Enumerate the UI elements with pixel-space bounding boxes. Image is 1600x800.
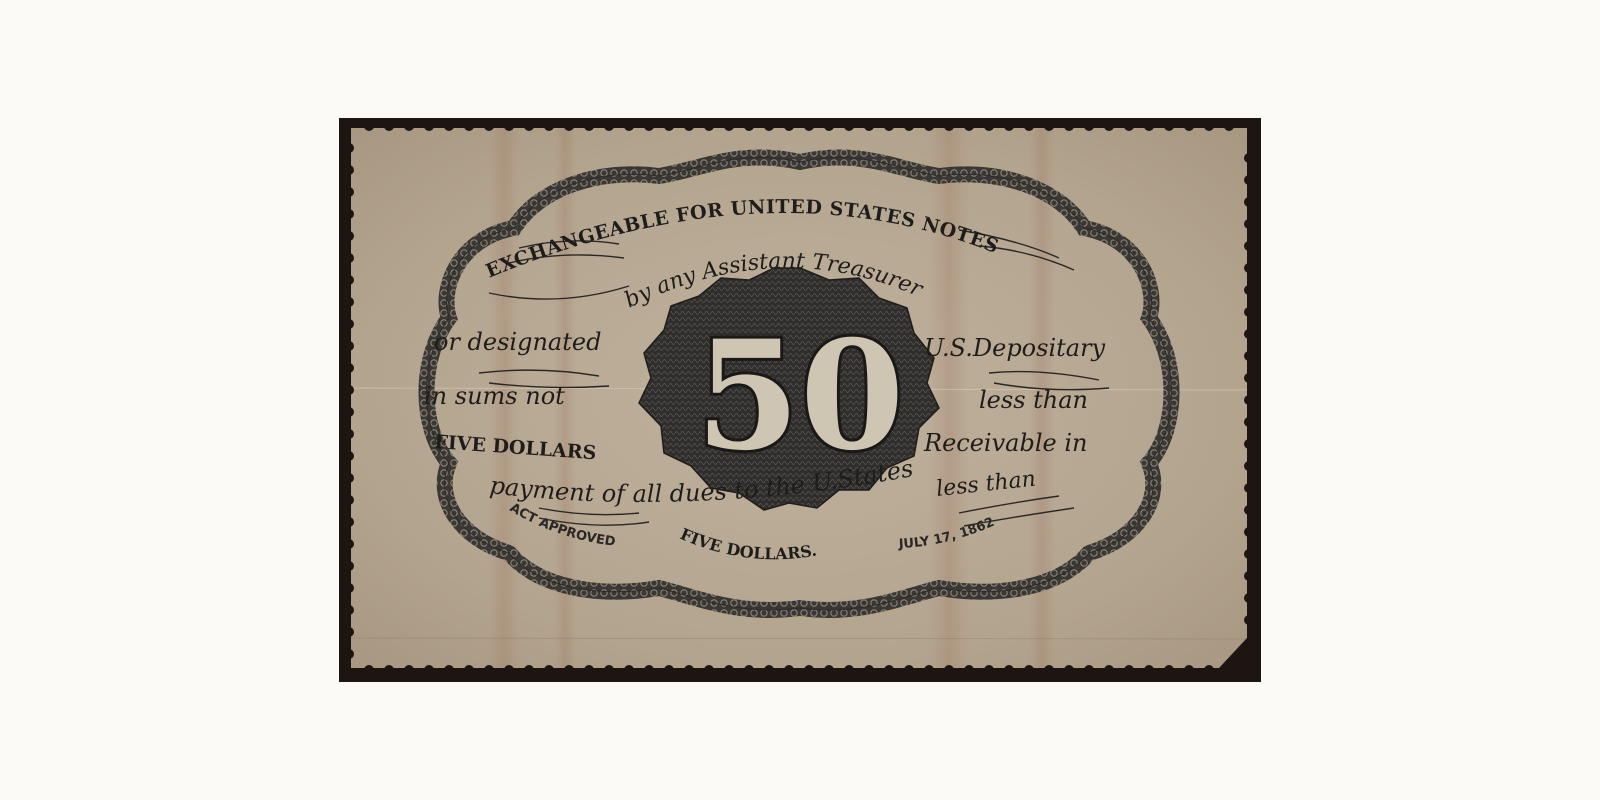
right-script-1: U.S.Depositary [924, 334, 1106, 362]
left-script-1: or designated [434, 328, 601, 356]
denomination-numeral: 50 [696, 308, 905, 484]
right-script-2: less than [979, 386, 1088, 414]
right-script-3: Receivable in [923, 429, 1087, 457]
currency-note: 50 EXCHANGEABLE FOR UNITED STATES NOTES … [339, 118, 1261, 682]
left-script-2: in sums not [424, 382, 565, 410]
